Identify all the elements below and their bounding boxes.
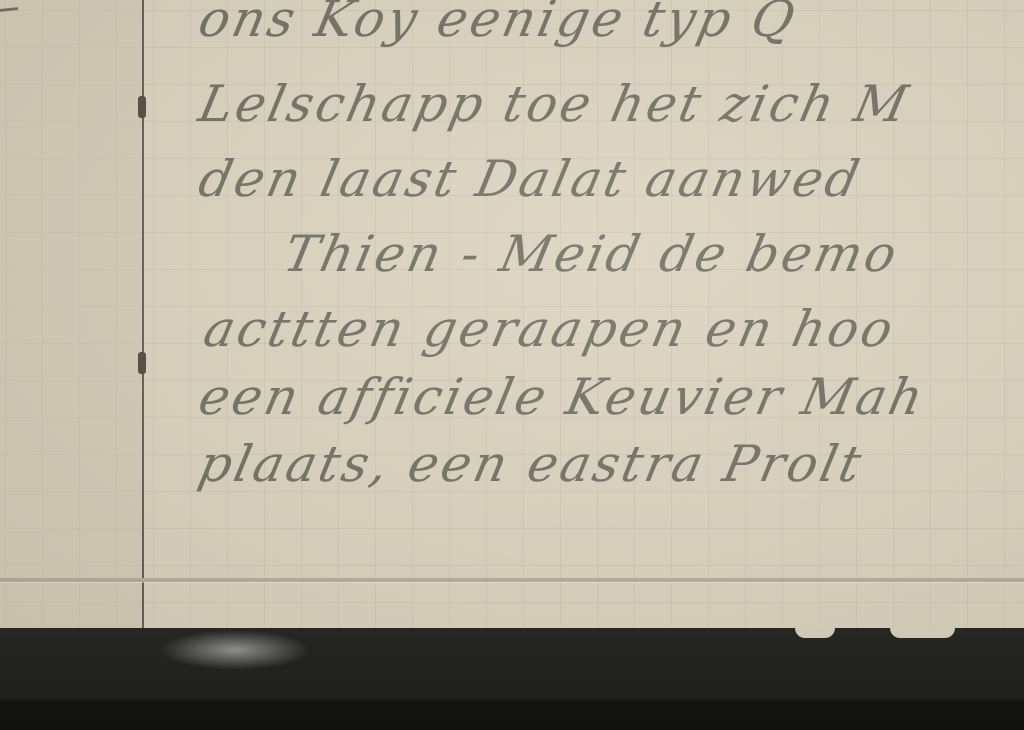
binding-fold [142, 0, 144, 628]
notebook-page: ons Koy eenige typ Q Lelschapp toe het z… [0, 0, 1024, 628]
left-leaf [0, 0, 143, 628]
handwritten-text: ons Koy eenige typ Q Lelschapp toe het z… [200, 0, 1024, 560]
protective-sleeve-edge [0, 578, 1024, 582]
fabric-fuzz [160, 630, 310, 670]
text-line-3: den laast Dalat aanwed [194, 150, 867, 208]
text-line-5: acttten geraapen en hoo [199, 300, 901, 358]
page-edge-notch [890, 626, 955, 638]
text-line-6: een afficiele Keuvier Mah [194, 368, 931, 426]
text-line-2: Lelschapp toe het zich M [194, 75, 916, 133]
text-line-1: ons Koy eenige typ Q [194, 0, 803, 48]
dark-background-surface [0, 628, 1024, 730]
binding-stitch [138, 352, 146, 374]
text-line-7: plaats, een eastra Prolt [194, 435, 869, 493]
binding-stitch [138, 96, 146, 118]
text-line-4: Thien - Meid de bemo [279, 225, 905, 283]
page-edge-notch [795, 626, 835, 638]
